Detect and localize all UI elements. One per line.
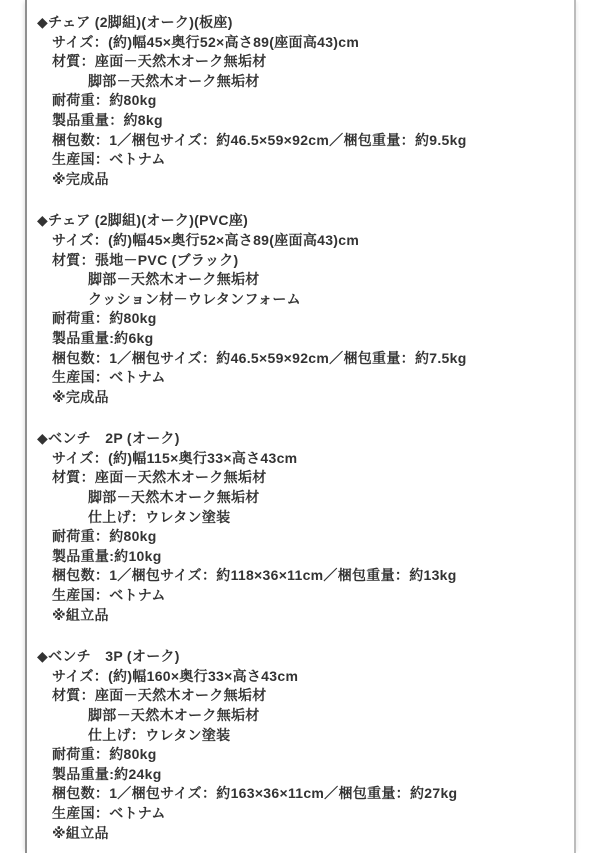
spec-line: 梱包数：1／梱包サイズ：約163×36×11cm／梱包重量：約27kg (37, 784, 564, 804)
spec-line: 生産国：ベトナム (37, 586, 564, 606)
spec-line: 耐荷重：約80kg (37, 527, 564, 547)
spec-line: 生産国：ベトナム (37, 368, 564, 388)
spec-line: 製品重量:約10kg (37, 547, 564, 567)
spec-line: 耐荷重：約80kg (37, 309, 564, 329)
spec-line: 梱包数：1／梱包サイズ：約46.5×59×92cm／梱包重量：約7.5kg (37, 349, 564, 369)
spec-line: 仕上げ：ウレタン塗装 (37, 508, 564, 528)
spec-line: サイズ：(約)幅115×奥行33×高さ43cm (37, 449, 564, 469)
spec-line: 脚部－天然木オーク無垢材 (37, 706, 564, 726)
spec-line: 脚部－天然木オーク無垢材 (37, 72, 564, 92)
spec-section-title: ◆ベンチ 3P (オーク) (37, 647, 564, 667)
product-spec-section: ◆ベンチ 2P (オーク)サイズ：(約)幅115×奥行33×高さ43cm材質：座… (37, 429, 564, 625)
spec-line: 梱包数：1／梱包サイズ：約46.5×59×92cm／梱包重量：約9.5kg (37, 131, 564, 151)
spec-line: サイズ：(約)幅45×奥行52×高さ89(座面高43)cm (37, 231, 564, 251)
spec-line: 耐荷重：約80kg (37, 745, 564, 765)
spec-section-title: ◆ベンチ 2P (オーク) (37, 429, 564, 449)
spec-line: 生産国：ベトナム (37, 150, 564, 170)
spec-line: 脚部－天然木オーク無垢材 (37, 270, 564, 290)
spec-line: 生産国：ベトナム (37, 804, 564, 824)
spec-line: 耐荷重：約80kg (37, 91, 564, 111)
spec-line: サイズ：(約)幅45×奥行52×高さ89(座面高43)cm (37, 33, 564, 53)
spec-line: ※完成品 (37, 170, 564, 190)
spec-line: 製品重量:約6kg (37, 329, 564, 349)
spec-line: ※組立品 (37, 606, 564, 626)
spec-line: 仕上げ：ウレタン塗装 (37, 726, 564, 746)
spec-section-title: ◆チェア (2脚組)(オーク)(PVC座) (37, 211, 564, 231)
spec-line: 材質：張地－PVC (ブラック) (37, 251, 564, 271)
spec-line: 材質：座面－天然木オーク無垢材 (37, 468, 564, 488)
product-spec-section: ◆チェア (2脚組)(オーク)(PVC座)サイズ：(約)幅45×奥行52×高さ8… (37, 211, 564, 407)
product-spec-section: ◆チェア (2脚組)(オーク)(板座)サイズ：(約)幅45×奥行52×高さ89(… (37, 13, 564, 189)
spec-line: サイズ：(約)幅160×奥行33×高さ43cm (37, 667, 564, 687)
spec-line: 製品重量：約8kg (37, 111, 564, 131)
spec-sheet-frame: ◆チェア (2脚組)(オーク)(板座)サイズ：(約)幅45×奥行52×高さ89(… (25, 0, 576, 853)
spec-line: 材質：座面－天然木オーク無垢材 (37, 52, 564, 72)
spec-line: 脚部－天然木オーク無垢材 (37, 488, 564, 508)
spec-line: ※完成品 (37, 388, 564, 408)
spec-line: 材質：座面－天然木オーク無垢材 (37, 686, 564, 706)
spec-section-title: ◆チェア (2脚組)(オーク)(板座) (37, 13, 564, 33)
spec-line: ※組立品 (37, 824, 564, 844)
product-spec-section: ◆ベンチ 3P (オーク)サイズ：(約)幅160×奥行33×高さ43cm材質：座… (37, 647, 564, 843)
spec-line: クッション材－ウレタンフォーム (37, 290, 564, 310)
product-spec-content: ◆チェア (2脚組)(オーク)(板座)サイズ：(約)幅45×奥行52×高さ89(… (27, 0, 574, 843)
spec-line: 梱包数：1／梱包サイズ：約118×36×11cm／梱包重量：約13kg (37, 566, 564, 586)
spec-line: 製品重量:約24kg (37, 765, 564, 785)
